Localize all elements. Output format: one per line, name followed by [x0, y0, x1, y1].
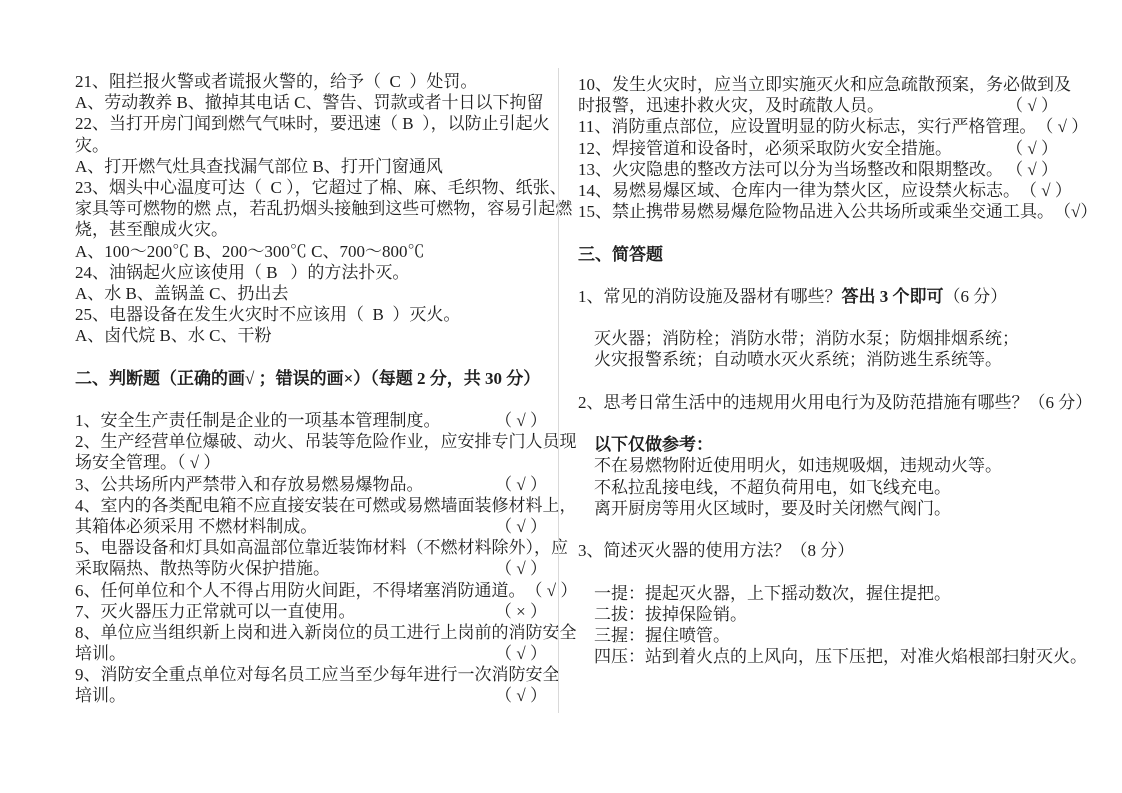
emphasized-text-segment: 答出 3 个即可	[842, 286, 944, 307]
text-segment: 一提：提起灭火器，上下摇动数次，握住提把。	[594, 583, 951, 604]
text-segment: 5、电器设备和灯具如高温部位靠近装饰材料（不燃材料除外），应	[75, 537, 568, 558]
text-line: 12、焊接管道和设备时，必须采取防火安全措施。（ √ ）	[578, 138, 1058, 159]
section-heading: 二、判断题（正确的画√ ；错误的画×）（每题 2 分，共 30 分）	[75, 368, 547, 389]
blank-line	[75, 389, 547, 410]
text-segment: 9、消防安全重点单位对每名员工应当至少每年进行一次消防安全	[75, 664, 560, 685]
text-segment: 13、火灾隐患的整改方法可以分为当场整改和限期整改。	[578, 159, 1003, 180]
text-line: A、100～200℃ B、200～300℃ C、700～800℃	[75, 241, 547, 262]
text-line: A、卤代烷 B、水 C、干粉	[75, 325, 547, 346]
answer-mark: （√）	[1054, 201, 1097, 222]
text-line: 4、室内的各类配电箱不应直接安装在可燃或易燃墙面装修材料上，	[75, 495, 547, 516]
text-segment: 2、生产经营单位爆破、动火、吊装等危险作业，应安排专门人员现	[75, 431, 577, 452]
text-segment: 以下仅做参考：	[594, 434, 713, 455]
text-line: 10、发生火灾时，应当立即实施灭火和应急疏散预案，务必做到及	[578, 74, 1058, 95]
blank-line	[578, 307, 1058, 328]
text-segment: A、卤代烷 B、水 C、干粉	[75, 325, 271, 346]
text-line: 13、火灾隐患的整改方法可以分为当场整改和限期整改。（ √ ）	[578, 159, 1058, 180]
text-segment: 3、公共场所内严禁带入和存放易燃易爆物品。	[75, 474, 424, 495]
answer-mark: （ √ ）	[1006, 95, 1058, 116]
answer-mark: （ √ ）	[526, 580, 578, 601]
blank-line	[578, 519, 1058, 540]
text-line: 培训。（ √ ）	[75, 643, 547, 664]
answer-mark: （ √ ）	[1020, 180, 1072, 201]
text-segment: 时报警，迅速扑救火灾，及时疏散人员。	[578, 95, 884, 116]
text-line: 灾。	[75, 135, 547, 156]
text-line: 8、单位应当组织新上岗和进入新岗位的员工进行上岗前的消防安全	[75, 622, 547, 643]
text-segment: 2、思考日常生活中的违规用火用电行为及防范措施有哪些？（6 分）	[578, 392, 1092, 413]
text-line: 以下仅做参考：	[578, 434, 1058, 455]
text-line: 6、任何单位和个人不得占用防火间距，不得堵塞消防通道。（ √ ）	[75, 580, 547, 601]
text-segment: 培训。	[75, 643, 126, 664]
text-segment: 3、简述灭火器的使用方法？（8 分）	[578, 540, 854, 561]
text-segment: A、打开燃气灶具查找漏气部位 B、打开门窗通风	[75, 156, 443, 177]
text-segment: 25、电器设备在发生火灾时不应该用（ B ）灭火。	[75, 304, 460, 325]
text-segment: 其箱体必须采用 不燃材料制成。	[75, 516, 317, 537]
answer-mark: （ √ ）	[495, 474, 547, 495]
text-line: 火灾报警系统；自动喷水灭火系统；消防逃生系统等。	[578, 349, 1058, 370]
answer-mark: （ √ ）	[495, 643, 547, 664]
text-segment: 采取隔热、散热等防火保护措施。	[75, 558, 330, 579]
text-line: 不在易燃物附近使用明火，如违规吸烟，违规动火等。	[578, 455, 1058, 476]
answer-mark: （ √ ）	[495, 685, 547, 706]
text-segment: 6、任何单位和个人不得占用防火间距，不得堵塞消防通道。	[75, 580, 526, 601]
answer-mark: （ √ ）	[495, 558, 547, 579]
text-segment: 15、禁止携带易燃易爆危险物品进入公共场所或乘坐交通工具。	[578, 201, 1054, 222]
blank-line	[75, 346, 547, 367]
text-line: 时报警，迅速扑救火灾，及时疏散人员。（ √ ）	[578, 95, 1058, 116]
exam-document-page: 21、阻拦报火警或者谎报火警的，给予（ C ）处罚。A、劳动教养 B、撤掉其电话…	[0, 0, 1122, 793]
text-line: 三握：握住喷管。	[578, 625, 1058, 646]
text-segment: 不在易燃物附近使用明火，如违规吸烟，违规动火等。	[594, 455, 1002, 476]
column-divider	[558, 68, 559, 713]
text-line: 二拔：拔掉保险销。	[578, 604, 1058, 625]
text-segment: 21、阻拦报火警或者谎报火警的，给予（ C ）处罚。	[75, 71, 477, 92]
text-line: 家具等可燃物的燃 点，若乱扔烟头接触到这些可燃物，容易引起燃	[75, 198, 547, 219]
text-segment: 二拔：拔掉保险销。	[594, 604, 747, 625]
text-line: 15、禁止携带易燃易爆危险物品进入公共场所或乘坐交通工具。（√）	[578, 201, 1058, 222]
text-segment: A、劳动教养 B、撤掉其电话 C、警告、罚款或者十日以下拘留	[75, 92, 543, 113]
text-line: 离开厨房等用火区域时，要及时关闭燃气阀门。	[578, 498, 1058, 519]
text-segment: 1、常见的消防设施及器材有哪些？	[578, 286, 842, 307]
answer-mark: （ √ ）	[495, 410, 547, 431]
left-column: 21、阻拦报火警或者谎报火警的，给予（ C ）处罚。A、劳动教养 B、撤掉其电话…	[75, 71, 547, 707]
text-line: 3、简述灭火器的使用方法？（8 分）	[578, 540, 1058, 561]
text-line: 2、思考日常生活中的违规用火用电行为及防范措施有哪些？（6 分）	[578, 392, 1058, 413]
text-segment: 离开厨房等用火区域时，要及时关闭燃气阀门。	[594, 498, 951, 519]
blank-line	[578, 222, 1058, 243]
text-segment: A、水 B、盖锅盖 C、扔出去	[75, 283, 288, 304]
text-line: 25、电器设备在发生火灾时不应该用（ B ）灭火。	[75, 304, 547, 325]
text-segment: 场安全管理。（ √ ）	[75, 452, 220, 473]
text-line: 1、常见的消防设施及器材有哪些？答出 3 个即可（6 分）	[578, 286, 1058, 307]
text-segment: 灭火器；消防栓；消防水带；消防水泵；防烟排烟系统；	[594, 328, 1019, 349]
text-line: 7、灭火器压力正常就可以一直使用。（ × ）	[75, 601, 547, 622]
text-segment: 4、室内的各类配电箱不应直接安装在可燃或易燃墙面装修材料上，	[75, 495, 577, 516]
text-line: 14、易燃易爆区域、仓库内一律为禁火区，应设禁火标志。（ √ ）	[578, 180, 1058, 201]
answer-mark: （ √ ）	[1006, 159, 1058, 180]
text-segment: 11、消防重点部位，应设置明显的防火标志，实行严格管理。	[578, 116, 1036, 137]
text-segment: 7、灭火器压力正常就可以一直使用。	[75, 601, 356, 622]
text-line: 不私拉乱接电线，不超负荷用电，如飞线充电。	[578, 477, 1058, 498]
text-segment: 灾。	[75, 135, 109, 156]
text-line: 24、油锅起火应该使用（ B ）的方法扑灭。	[75, 262, 547, 283]
text-line: A、打开燃气灶具查找漏气部位 B、打开门窗通风	[75, 156, 547, 177]
text-segment: 烧，甚至酿成火灾。	[75, 219, 228, 240]
text-line: 一提：提起灭火器，上下摇动数次，握住提把。	[578, 583, 1058, 604]
answer-mark: （ √ ）	[495, 516, 547, 537]
text-line: 5、电器设备和灯具如高温部位靠近装饰材料（不燃材料除外），应	[75, 537, 547, 558]
blank-line	[578, 265, 1058, 286]
text-line: A、劳动教养 B、撤掉其电话 C、警告、罚款或者十日以下拘留	[75, 92, 547, 113]
text-line: 21、阻拦报火警或者谎报火警的，给予（ C ）处罚。	[75, 71, 547, 92]
text-line: 场安全管理。（ √ ）	[75, 452, 547, 473]
text-line: 22、当打开房门闻到燃气气味时，要迅速（ B ），以防止引起火	[75, 113, 547, 134]
text-segment: 22、当打开房门闻到燃气气味时，要迅速（ B ），以防止引起火	[75, 113, 550, 134]
blank-line	[578, 561, 1058, 582]
text-line: 2、生产经营单位爆破、动火、吊装等危险作业，应安排专门人员现	[75, 431, 547, 452]
text-segment: 23、烟头中心温度可达（ C ），它超过了棉、麻、毛织物、纸张、	[75, 177, 567, 198]
answer-mark: （ √ ）	[1006, 138, 1058, 159]
text-segment: 1、安全生产责任制是企业的一项基本管理制度。	[75, 410, 441, 431]
text-segment: 24、油锅起火应该使用（ B ）的方法扑灭。	[75, 262, 409, 283]
text-segment: 不私拉乱接电线，不超负荷用电，如飞线充电。	[594, 477, 951, 498]
text-line: A、水 B、盖锅盖 C、扔出去	[75, 283, 547, 304]
text-line: 23、烟头中心温度可达（ C ），它超过了棉、麻、毛织物、纸张、	[75, 177, 547, 198]
text-line: 9、消防安全重点单位对每名员工应当至少每年进行一次消防安全	[75, 664, 547, 685]
blank-line	[578, 413, 1058, 434]
text-segment: 火灾报警系统；自动喷水灭火系统；消防逃生系统等。	[594, 349, 1002, 370]
text-segment: 8、单位应当组织新上岗和进入新岗位的员工进行上岗前的消防安全	[75, 622, 577, 643]
text-line: 其箱体必须采用 不燃材料制成。（ √ ）	[75, 516, 547, 537]
text-segment: 12、焊接管道和设备时，必须采取防火安全措施。	[578, 138, 952, 159]
text-segment: 三握：握住喷管。	[594, 625, 730, 646]
text-line: 11、消防重点部位，应设置明显的防火标志，实行严格管理。（ √ ）	[578, 116, 1058, 137]
text-line: 采取隔热、散热等防火保护措施。（ √ ）	[75, 558, 547, 579]
text-segment: A、100～200℃ B、200～300℃ C、700～800℃	[75, 241, 424, 262]
text-segment: 四压：站到着火点的上风向，压下压把，对准火焰根部扫射灭火。	[594, 646, 1087, 667]
section-heading: 三、简答题	[578, 244, 1058, 265]
answer-mark: （ √ ）	[1036, 116, 1088, 137]
text-line: 培训。（ √ ）	[75, 685, 547, 706]
text-segment: 14、易燃易爆区域、仓库内一律为禁火区，应设禁火标志。	[578, 180, 1020, 201]
text-segment: （6 分）	[944, 286, 1008, 307]
text-segment: 三、简答题	[578, 244, 663, 265]
text-segment: 二、判断题（正确的画√ ；错误的画×）（每题 2 分，共 30 分）	[75, 368, 540, 389]
text-segment: 家具等可燃物的燃 点，若乱扔烟头接触到这些可燃物，容易引起燃	[75, 198, 572, 219]
blank-line	[578, 371, 1058, 392]
text-segment: 10、发生火灾时，应当立即实施灭火和应急疏散预案，务必做到及	[578, 74, 1071, 95]
right-column: 10、发生火灾时，应当立即实施灭火和应急疏散预案，务必做到及时报警，迅速扑救火灾…	[578, 74, 1058, 667]
answer-mark: （ × ）	[495, 601, 547, 622]
text-segment: 培训。	[75, 685, 126, 706]
text-line: 灭火器；消防栓；消防水带；消防水泵；防烟排烟系统；	[578, 328, 1058, 349]
text-line: 烧，甚至酿成火灾。	[75, 219, 547, 240]
text-line: 3、公共场所内严禁带入和存放易燃易爆物品。（ √ ）	[75, 474, 547, 495]
text-line: 四压：站到着火点的上风向，压下压把，对准火焰根部扫射灭火。	[578, 646, 1058, 667]
text-line: 1、安全生产责任制是企业的一项基本管理制度。（ √ ）	[75, 410, 547, 431]
